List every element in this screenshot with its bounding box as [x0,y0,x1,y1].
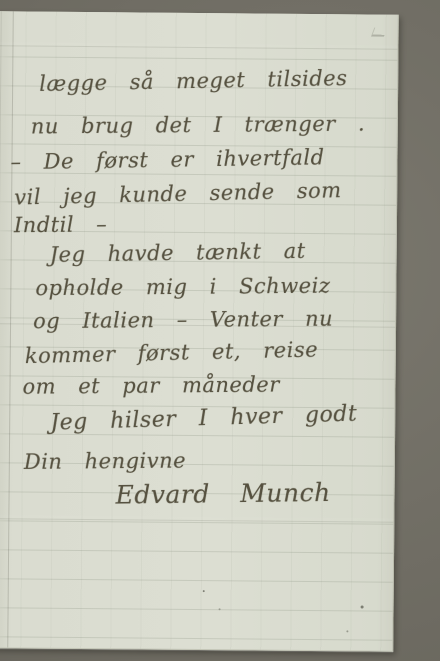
handwriting-line-9: kommer først et, reise [25,337,319,368]
dust-speck [346,630,348,632]
scanner-mat: lægge så meget tilsides nu brug det I tr… [0,0,440,661]
signature: Edvard Munch [115,478,330,510]
letter-page: lægge så meget tilsides nu brug det I tr… [0,11,399,651]
handwriting-line-4: vil jeg kunde sende som [14,178,342,209]
handwriting-line-2: nu brug det I trænger . [31,112,366,139]
handwriting-line-11: Jeg hilser I hver godt [50,402,358,436]
handwriting-line-3: – De først er ihvertfald [10,145,324,174]
closing-line: Din hengivne [24,449,186,474]
fold-crease [0,518,393,523]
fold-crease [0,45,397,50]
dust-speck [219,608,221,610]
handwriting-line-5: Indtil – [14,212,108,237]
handwriting-line-1: lægge så meget tilsides [39,66,348,96]
handwriting-line-8: og Italien – Venter nu [33,307,333,334]
pencil-corner-mark [371,28,387,37]
handwriting-line-10: om et par måneder [22,373,279,399]
handwriting-line-7: opholde mig i Schweiz [35,274,330,301]
handwriting-line-6: Jeg havde tænkt at [50,239,306,267]
dust-speck [203,590,205,592]
dust-speck [361,605,364,608]
